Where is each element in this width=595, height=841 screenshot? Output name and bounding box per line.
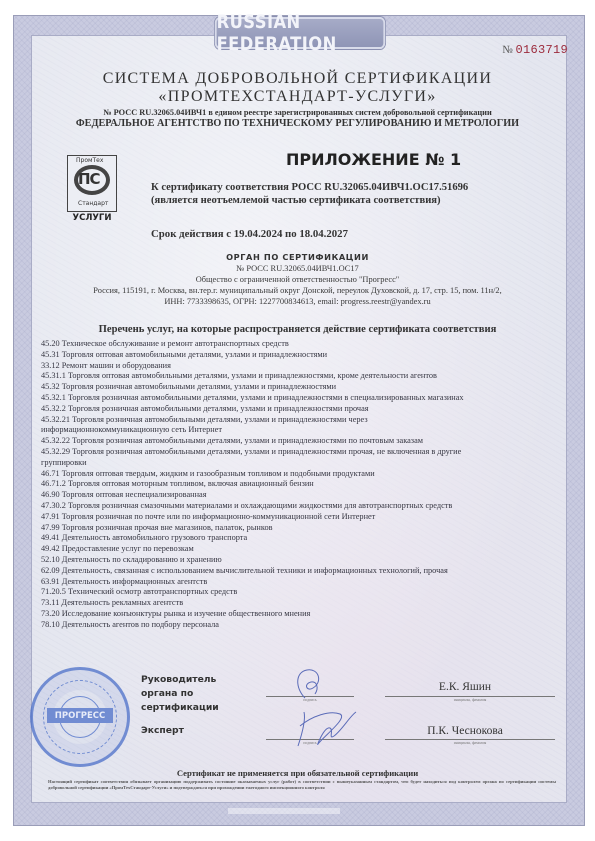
service-item: 47.91 Торговля розничная по почте или по… bbox=[41, 512, 561, 523]
certificate-reference: К сертификату соответствия РОСС RU.32065… bbox=[151, 181, 468, 207]
service-item: 49.42 Предоставление услуг по перевозкам bbox=[41, 544, 561, 555]
service-item: 47.99 Торговля розничная прочая вне мага… bbox=[41, 523, 561, 534]
service-item: 46.90 Торговля оптовая неспециализирован… bbox=[41, 490, 561, 501]
service-item: 45.32.29 Торговля розничная автомобильны… bbox=[41, 447, 561, 469]
head-role-label: Руководитель органа по сертификации bbox=[141, 673, 251, 715]
serial-prefix: № bbox=[502, 44, 513, 56]
system-title-line1: СИСТЕМА ДОБРОВОЛЬНОЙ СЕРТИФИКАЦИИ bbox=[0, 70, 595, 88]
service-item: 71.20.5 Технический осмотр автотранспорт… bbox=[41, 587, 561, 598]
service-item: 45.32.22 Торговля розничная автомобильны… bbox=[41, 436, 561, 447]
certification-body-heading: ОРГАН ПО СЕРТИФИКАЦИИ bbox=[0, 252, 595, 262]
certification-body-address: Россия, 115191, г. Москва, вн.тер.г. мун… bbox=[0, 286, 595, 295]
serial-value: 0163719 bbox=[515, 43, 568, 57]
service-item: 49.41 Деятельность автомобильного грузов… bbox=[41, 533, 561, 544]
appendix-title: ПРИЛОЖЕНИЕ № 1 bbox=[286, 150, 461, 169]
services-list: 45.20 Техническое обслуживание и ремонт … bbox=[41, 339, 561, 631]
service-item: 73.11 Деятельность рекламных агентств bbox=[41, 598, 561, 609]
services-list-title: Перечень услуг, на которые распространяе… bbox=[0, 324, 595, 335]
logo-top-text: ПромТех bbox=[76, 157, 103, 164]
progress-stamp-icon: ПРОГРЕСС bbox=[30, 667, 130, 767]
service-item: 46.71.2 Торговля оптовая моторным топлив… bbox=[41, 479, 561, 490]
service-item: 62.09 Деятельность, связанная с использо… bbox=[41, 566, 561, 577]
service-item: 78.10 Деятельность агентов по подбору пе… bbox=[41, 620, 561, 631]
head-signature-icon bbox=[285, 668, 345, 702]
bottom-microtext-strip bbox=[228, 808, 340, 814]
service-item: 45.31 Торговля оптовая автомобильными де… bbox=[41, 350, 561, 361]
head-name-caption: инициалы, фамилия bbox=[385, 698, 555, 702]
expert-name: П.К. Чеснокова bbox=[385, 725, 545, 737]
service-item: 45.32 Торговля розничная автомобильными … bbox=[41, 382, 561, 393]
expert-signature-icon bbox=[290, 706, 370, 750]
registry-line: № РОСС RU.32065.04ИВЧ1 в едином реестре … bbox=[0, 108, 595, 117]
service-item: 45.32.2 Торговля розничная автомобильным… bbox=[41, 404, 561, 415]
stamp-name: ПРОГРЕСС bbox=[47, 708, 113, 723]
service-item: 45.32.21 Торговля розничная автомобильны… bbox=[41, 415, 561, 437]
service-item: 33.12 Ремонт машин и оборудования bbox=[41, 361, 561, 372]
agency-name: ФЕДЕРАЛЬНОЕ АГЕНТСТВО ПО ТЕХНИЧЕСКОМУ РЕ… bbox=[0, 118, 595, 129]
service-item: 73.20 Исследование конъюнктуры рынка и и… bbox=[41, 609, 561, 620]
head-name: Е.К. Яшин bbox=[385, 681, 545, 693]
system-title-line2: «ПРОМТЕХСТАНДАРТ-УСЛУГИ» bbox=[0, 88, 595, 106]
service-item: 45.31.1 Торговля оптовая автомобильными … bbox=[41, 371, 561, 382]
service-item: 45.20 Техническое обслуживание и ремонт … bbox=[41, 339, 561, 350]
logo-bottom-text: Стандарт bbox=[78, 200, 108, 207]
certification-body-name: Общество с ограниченной ответственностью… bbox=[0, 275, 595, 284]
certification-body-reg: № РОСС RU.32065.04ИВЧ1.ОС17 bbox=[0, 264, 595, 273]
expert-name-line bbox=[385, 739, 555, 740]
certificate-note-line: (является неотъемлемой частью сертификат… bbox=[151, 194, 468, 207]
expert-role-label: Эксперт bbox=[141, 724, 184, 738]
head-name-line bbox=[385, 696, 555, 697]
service-item: 52.10 Деятельность по складированию и хр… bbox=[41, 555, 561, 566]
service-item: 63.91 Деятельность информационных агентс… bbox=[41, 577, 561, 588]
logo-caption: УСЛУГИ bbox=[66, 213, 118, 223]
service-item: 45.32.1 Торговля розничная автомобильным… bbox=[41, 393, 561, 404]
certification-body-requisites: ИНН: 7733398635, ОГРН: 1227700834613, em… bbox=[0, 297, 595, 306]
logo-mark: ПС bbox=[78, 170, 100, 188]
fine-print: Настоящий сертификат соответствия обязыв… bbox=[48, 779, 556, 791]
certificate-ref-line: К сертификату соответствия РОСС RU.32065… bbox=[151, 181, 468, 194]
promtekh-logo-icon: ПромТех ПС Стандарт bbox=[67, 155, 117, 212]
serial-number: № 0163719 bbox=[502, 43, 568, 57]
validity-period: Срок действия с 19.04.2024 по 18.04.2027 bbox=[151, 228, 348, 240]
expert-name-caption: инициалы, фамилия bbox=[385, 741, 555, 745]
service-item: 47.30.2 Торговля розничная смазочными ма… bbox=[41, 501, 561, 512]
country-banner: RUSSIAN FEDERATION bbox=[215, 17, 385, 49]
mandatory-notice: Сертификат не применяется при обязательн… bbox=[0, 768, 595, 778]
service-item: 46.71 Торговля оптовая твердым, жидким и… bbox=[41, 469, 561, 480]
